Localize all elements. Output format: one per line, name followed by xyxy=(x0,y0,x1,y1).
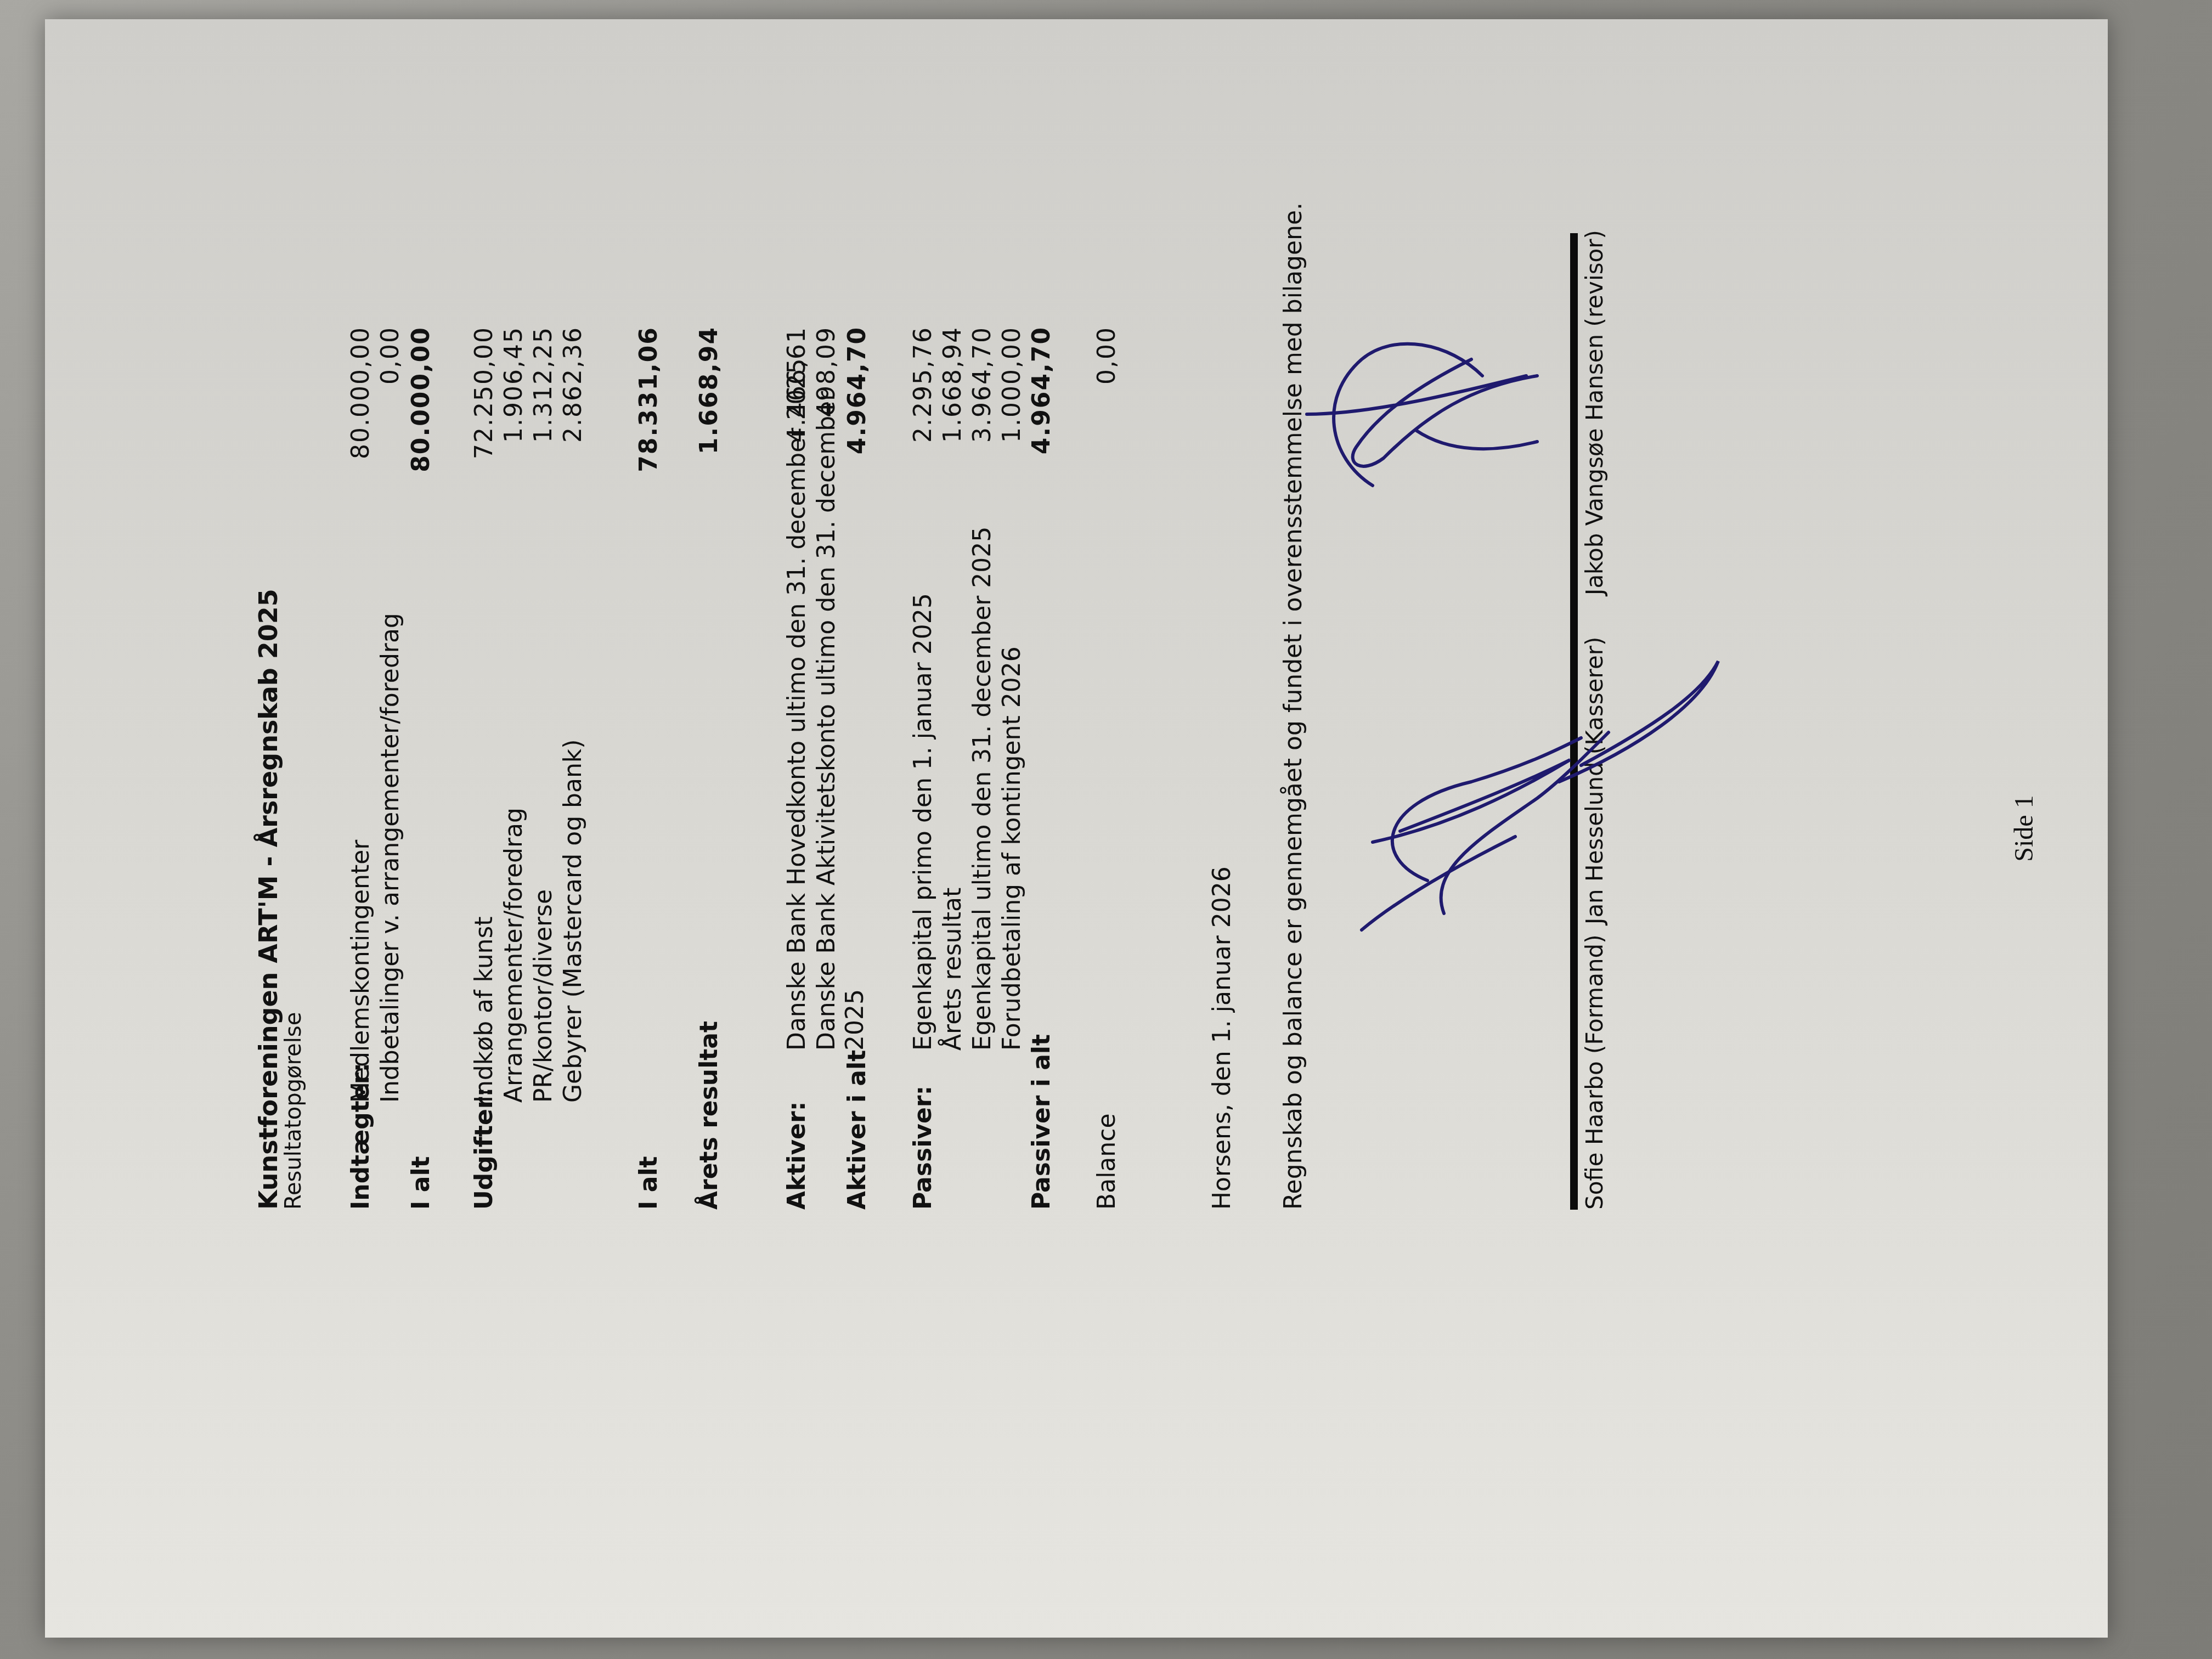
signatory-name: Sofie Haarbo (Formand) xyxy=(1581,934,1608,1210)
income-item-label: Indbetalinger v. arrangementer/foredrag xyxy=(376,613,405,1103)
expense-item-label: Arrangementer/foredrag xyxy=(500,808,528,1103)
balance-label: Balance xyxy=(1093,1114,1121,1210)
liability-item-amount: 3.964,70 xyxy=(968,326,997,443)
expense-total-amount: 78.331,06 xyxy=(635,326,663,472)
expenses-heading: Udgifter: xyxy=(470,1087,499,1210)
liability-item-label: Egenkapital ultimo den 31. december 2025 xyxy=(968,527,997,1051)
liability-item-label: Egenkapital primo den 1. januar 2025 xyxy=(909,593,938,1051)
assets-heading: Aktiver: xyxy=(783,1102,811,1210)
assets-total-row: Aktiver i alt 4.964,70 xyxy=(843,326,872,1210)
document-title: Kunstforeningen ART'M - Årsregnskab 2025 xyxy=(253,589,283,1210)
expense-item-label: Gebyrer (Mastercard og bank) xyxy=(559,739,588,1103)
approval-statement: Regnskab og balance er gennemgået og fun… xyxy=(1279,202,1307,1210)
expense-item-label: PR/kontor/diverse xyxy=(529,889,558,1103)
income-total-label: I alt xyxy=(407,1156,436,1210)
document-subtitle: Resultatopgørelse xyxy=(281,1012,306,1210)
expense-item-amount: 1.906,45 xyxy=(500,326,528,443)
expense-row: Arrangementer/foredrag 1.906,45 xyxy=(500,326,528,1210)
expense-total-row: I alt 78.331,06 xyxy=(635,326,663,1210)
assets-total-amount: 4.964,70 xyxy=(843,326,872,454)
liability-row: Passiver: Egenkapital primo den 1. janua… xyxy=(909,326,938,1210)
liabilities-total-row: Passiver i alt 4.964,70 xyxy=(1028,326,1056,1210)
signatory-name: Jakob Vangsøe Hansen (revisor) xyxy=(1581,230,1608,595)
asset-row: Aktiver: Danske Bank Hovedkonto ultimo d… xyxy=(783,326,811,1210)
signatory-name: Jan Hesselund (Kasserer) xyxy=(1581,637,1608,924)
asset-item-label: Danske Bank Hovedkonto ultimo den 31. de… xyxy=(783,359,811,1051)
balance-amount: 0,00 xyxy=(1093,326,1121,385)
liability-row: Årets resultat 1.668,94 xyxy=(939,326,967,1210)
expense-item-amount: 2.862,36 xyxy=(559,326,588,443)
asset-item-amount: 4.466,61 xyxy=(783,326,811,443)
asset-row: Danske Bank Aktivitetskonto ultimo den 3… xyxy=(812,326,841,1210)
balance-row: Balance 0,00 xyxy=(1093,326,1121,1210)
result-row: Årets resultat 1.668,94 xyxy=(695,326,724,1210)
liability-item-amount: 1.000,00 xyxy=(998,326,1026,443)
assets-total-label: Aktiver i alt xyxy=(843,1050,872,1210)
income-total-row: I alt 80.000,00 xyxy=(407,326,436,1210)
income-item-label: Medlemskontingenter xyxy=(347,840,375,1103)
expense-row: PR/kontor/diverse 1.312,25 xyxy=(529,326,558,1210)
liability-item-label: Årets resultat xyxy=(939,888,967,1051)
place-date: Horsens, den 1. januar 2026 xyxy=(1208,866,1236,1210)
income-total-amount: 80.000,00 xyxy=(407,326,436,472)
page-number: Side 1 xyxy=(2009,19,2039,1638)
liabilities-total-label: Passiver i alt xyxy=(1028,1034,1056,1210)
liabilities-total-amount: 4.964,70 xyxy=(1028,326,1056,454)
expense-total-label: I alt xyxy=(635,1156,663,1210)
photo-background: Kunstforeningen ART'M - Årsregnskab 2025… xyxy=(0,0,2212,1659)
liability-item-amount: 2.295,76 xyxy=(909,326,938,443)
liabilities-heading: Passiver: xyxy=(909,1086,938,1210)
income-row: Indbetalinger v. arrangementer/foredrag … xyxy=(376,326,405,1210)
expense-item-label: Indkøb af kunst xyxy=(470,916,499,1103)
signature-line xyxy=(1570,233,1578,1210)
asset-item-amount: 498,09 xyxy=(812,326,841,417)
liability-item-label: Forudbetaling af kontingent 2026 xyxy=(998,646,1026,1051)
income-item-amount: 80.000,00 xyxy=(347,326,375,459)
expense-item-amount: 72.250,00 xyxy=(470,326,499,459)
liability-item-amount: 1.668,94 xyxy=(939,326,967,443)
liability-row: Egenkapital ultimo den 31. december 2025… xyxy=(968,326,997,1210)
expense-row: Gebyrer (Mastercard og bank) 2.862,36 xyxy=(559,326,588,1210)
result-amount: 1.668,94 xyxy=(695,326,724,454)
document-page: Kunstforeningen ART'M - Årsregnskab 2025… xyxy=(45,19,2108,1638)
result-label: Årets resultat xyxy=(695,1021,724,1210)
income-item-amount: 0,00 xyxy=(376,326,405,385)
liability-row: Forudbetaling af kontingent 2026 1.000,0… xyxy=(998,326,1026,1210)
expense-item-amount: 1.312,25 xyxy=(529,326,558,443)
expense-row: Udgifter: Indkøb af kunst 72.250,00 xyxy=(470,326,499,1210)
income-row: Indtægter: Medlemskontingenter 80.000,00 xyxy=(347,326,375,1210)
